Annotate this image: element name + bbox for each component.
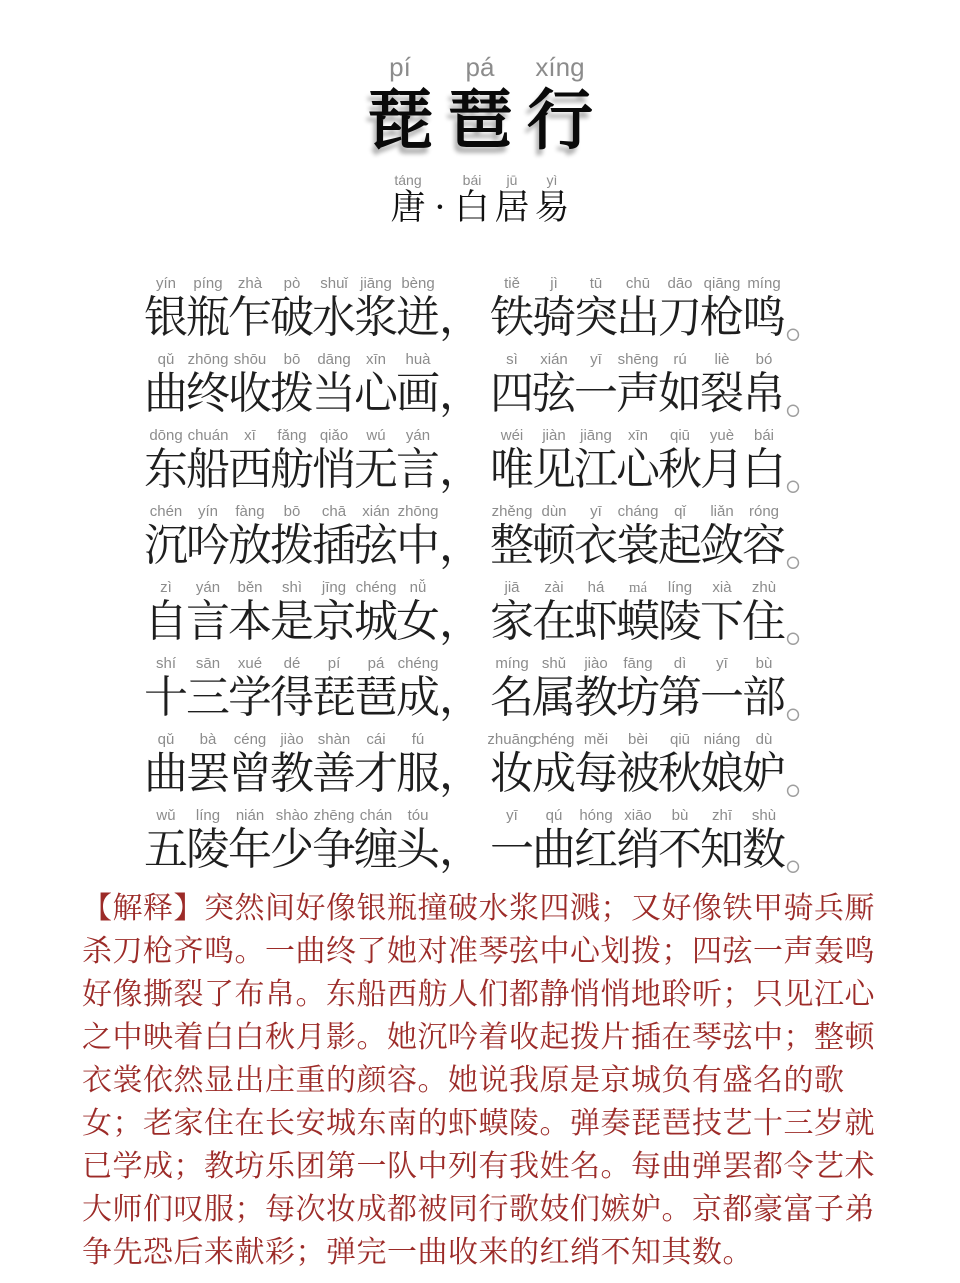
punctuation: 。: [785, 376, 815, 422]
pinyin-label: shōu: [234, 352, 267, 368]
char-with-pinyin: míng名: [491, 656, 533, 721]
hanzi-char: 每: [574, 751, 618, 797]
poem-half-right: zhuāng妆chéng成měi每bèi被qiū秋niáng娘dù妒。: [491, 732, 815, 797]
pinyin-label: jiāng: [360, 276, 392, 292]
pinyin-label: bèng: [401, 276, 434, 292]
char-with-pinyin: cháng裳: [617, 504, 659, 569]
hanzi-char: 第: [658, 675, 702, 721]
char-with-pinyin: chén沉: [145, 504, 187, 569]
char-with-pinyin: wǔ五: [145, 808, 187, 873]
char-with-pinyin: shí十: [145, 656, 187, 721]
char-with-pinyin: píng瓶: [187, 276, 229, 341]
hanzi-char: 居: [494, 188, 529, 228]
char-with-pinyin: tū突: [575, 276, 617, 341]
hanzi-char: 曾: [228, 751, 272, 797]
pinyin-label: jiào: [280, 732, 303, 748]
hanzi-char: 出: [616, 295, 660, 341]
hanzi-char: 秋: [658, 751, 702, 797]
pinyin-label: bái: [463, 172, 482, 188]
pinyin-label: shào: [276, 808, 309, 824]
hanzi-char: 唯: [490, 447, 534, 493]
char-with-pinyin: táng唐: [388, 172, 428, 228]
char-with-pinyin: líng陵: [659, 580, 701, 645]
char-with-pinyin: měi每: [575, 732, 617, 797]
pinyin-label: jì: [550, 276, 558, 292]
pinyin-label: yuè: [710, 428, 734, 444]
char-with-pinyin: tiě铁: [491, 276, 533, 341]
pinyin-label: tiě: [504, 276, 520, 292]
char-with-pinyin: yán言: [187, 580, 229, 645]
char-with-pinyin: yín银: [145, 276, 187, 341]
char-with-pinyin: bù部: [743, 656, 785, 721]
hanzi-char: 容: [742, 523, 786, 569]
pinyin-label: zhōng: [398, 504, 439, 520]
hanzi-char: ·: [434, 188, 445, 228]
pinyin-label: dāng: [317, 352, 350, 368]
pinyin-label: wéi: [501, 428, 524, 444]
hanzi-char: 琶: [354, 675, 398, 721]
char-with-pinyin: bái白: [743, 428, 785, 493]
poem-half-left: zì自yán言běn本shì是jīng京chéng城nǚ女，: [145, 580, 469, 645]
hanzi-char: 舫: [270, 447, 314, 493]
hanzi-char: 白: [742, 447, 786, 493]
char-with-pinyin: qǔ曲: [145, 352, 187, 417]
hanzi-char: 行: [527, 82, 593, 158]
char-with-pinyin: xīn心: [355, 352, 397, 417]
hanzi-char: 声: [616, 371, 660, 417]
hanzi-char: 头: [396, 827, 440, 873]
punctuation: ，: [439, 295, 469, 341]
pinyin-label: yī: [716, 656, 728, 672]
char-with-pinyin: shēng声: [617, 352, 659, 417]
char-with-pinyin: qiāng枪: [701, 276, 743, 341]
poem-line: wǔ五líng陵nián年shào少zhēng争chán缠tóu头，yī一qú曲…: [0, 808, 960, 873]
hanzi-char: 四: [490, 371, 534, 417]
pinyin-label: jīng: [322, 580, 346, 596]
hanzi-char: 部: [742, 675, 786, 721]
pinyin-label: yín: [198, 504, 218, 520]
char-with-pinyin: yán言: [397, 428, 439, 493]
poem-half-left: qǔ曲zhōng终shōu收bō拨dāng当xīn心huà画，: [145, 352, 469, 417]
hanzi-char: 枪: [700, 295, 744, 341]
char-with-pinyin: jiā家: [491, 580, 533, 645]
pinyin-label: qiāng: [704, 276, 741, 292]
char-with-pinyin: pá琶: [440, 52, 520, 158]
punctuation: ，: [439, 675, 469, 721]
hanzi-char: 秋: [658, 447, 702, 493]
char-with-pinyin: huà画: [397, 352, 439, 417]
hanzi-char: 三: [186, 675, 230, 721]
pinyin-label: zhōng: [188, 352, 229, 368]
hanzi-char: 曲: [144, 751, 188, 797]
pinyin-label: pò: [284, 276, 301, 292]
pinyin-label: chéng: [534, 732, 575, 748]
char-with-pinyin: má蟆: [617, 580, 659, 645]
pinyin-label: sì: [506, 352, 518, 368]
explanation-line: 【解释】突然间好像银瓶撞破水浆四溅；又好像铁甲骑兵厮: [82, 887, 960, 930]
pinyin-label: dāo: [667, 276, 692, 292]
pinyin-label: zhuāng: [487, 732, 536, 748]
pinyin-label: cháng: [618, 504, 659, 520]
pinyin-label: jiào: [584, 656, 607, 672]
pinyin-label: yī: [590, 504, 602, 520]
char-with-pinyin: xī西: [229, 428, 271, 493]
char-with-pinyin: chū出: [617, 276, 659, 341]
char-with-pinyin: dāo刀: [659, 276, 701, 341]
hanzi-char: 收: [228, 371, 272, 417]
pinyin-label: shù: [752, 808, 776, 824]
hanzi-char: 乍: [228, 295, 272, 341]
char-with-pinyin: zài在: [533, 580, 575, 645]
hanzi-char: 白: [454, 188, 489, 228]
pinyin-label: xià: [712, 580, 731, 596]
hanzi-char: 顿: [532, 523, 576, 569]
poem-line: qǔ曲bà罢céng曾jiào教shàn善cái才fú服，zhuāng妆chén…: [0, 732, 960, 797]
char-with-pinyin: chéng城: [355, 580, 397, 645]
pinyin-label: yì: [547, 172, 558, 188]
pinyin-label: pí: [328, 656, 341, 672]
char-with-pinyin: fú服: [397, 732, 439, 797]
pinyin-label: yī: [506, 808, 518, 824]
char-with-pinyin: wú无: [355, 428, 397, 493]
pinyin-label: jiàn: [542, 428, 565, 444]
char-with-pinyin: dì第: [659, 656, 701, 721]
pinyin-label: shí: [156, 656, 176, 672]
title-ruby: pí琵pá琶xíng行: [0, 52, 960, 158]
hanzi-char: 陵: [658, 599, 702, 645]
hanzi-char: 月: [700, 447, 744, 493]
hanzi-char: 西: [228, 447, 272, 493]
char-with-pinyin: qiǎo悄: [313, 428, 355, 493]
pinyin-label: yī: [590, 352, 602, 368]
char-with-pinyin: xīn心: [617, 428, 659, 493]
char-with-pinyin: bà罢: [187, 732, 229, 797]
char-with-pinyin: xíng行: [520, 52, 600, 158]
char-with-pinyin: yī一: [491, 808, 533, 873]
pinyin-label: tū: [590, 276, 603, 292]
explanation-line: 杀刀枪齐鸣。一曲终了她对准琴弦中心划拨；四弦一声轰鸣: [82, 930, 960, 973]
hanzi-char: 帛: [742, 371, 786, 417]
char-with-pinyin: nǚ女: [397, 580, 439, 645]
hanzi-char: 浆: [354, 295, 398, 341]
pinyin-label: chéng: [356, 580, 397, 596]
hanzi-char: 成: [532, 751, 576, 797]
char-with-pinyin: sān三: [187, 656, 229, 721]
hanzi-char: 如: [658, 371, 702, 417]
char-with-pinyin: fàng放: [229, 504, 271, 569]
char-with-pinyin: bái白: [452, 172, 492, 228]
pinyin-label: céng: [234, 732, 267, 748]
hanzi-char: 放: [228, 523, 272, 569]
pinyin-label: dì: [674, 656, 687, 672]
pinyin-label: míng: [495, 656, 528, 672]
punctuation: ，: [439, 523, 469, 569]
pinyin-label: xīn: [366, 352, 386, 368]
hanzi-char: 水: [312, 295, 356, 341]
char-with-pinyin: chán缠: [355, 808, 397, 873]
pinyin-label: hóng: [579, 808, 612, 824]
char-with-pinyin: dé得: [271, 656, 313, 721]
punctuation: 。: [785, 300, 815, 346]
hanzi-char: 琶: [447, 82, 513, 158]
hanzi-char: 教: [270, 751, 314, 797]
pinyin-label: qǔ: [158, 732, 175, 748]
hanzi-char: 易: [534, 188, 569, 228]
char-with-pinyin: líng陵: [187, 808, 229, 873]
poem-half-left: shí十sān三xué学dé得pí琵pá琶chéng成，: [145, 656, 469, 721]
char-with-pinyin: chuán船: [187, 428, 229, 493]
hanzi-char: 罢: [186, 751, 230, 797]
pinyin-label: běn: [237, 580, 262, 596]
char-with-pinyin: cái才: [355, 732, 397, 797]
poem-line: chén沉yín吟fàng放bō拨chā插xián弦zhōng中，zhěng整d…: [0, 504, 960, 569]
hanzi-char: 骑: [532, 295, 576, 341]
char-with-pinyin: jīng京: [313, 580, 355, 645]
punctuation: ，: [439, 599, 469, 645]
hanzi-char: 言: [186, 599, 230, 645]
hanzi-char: 一: [490, 827, 534, 873]
hanzi-char: 善: [312, 751, 356, 797]
char-with-pinyin: míng鸣: [743, 276, 785, 341]
pinyin-label: jiāng: [580, 428, 612, 444]
hanzi-char: 铁: [490, 295, 534, 341]
char-with-pinyin: pí琵: [313, 656, 355, 721]
hanzi-char: 银: [144, 295, 188, 341]
char-with-pinyin: pá琶: [355, 656, 397, 721]
hanzi-char: 裳: [616, 523, 660, 569]
pinyin-label: píng: [193, 276, 222, 292]
char-with-pinyin: jiào教: [271, 732, 313, 797]
hanzi-char: 京: [312, 599, 356, 645]
char-with-pinyin: chéng成: [397, 656, 439, 721]
poem-half-right: wéi唯jiàn见jiāng江xīn心qiū秋yuè月bái白。: [491, 428, 815, 493]
pinyin-label: fǎng: [277, 428, 306, 444]
hanzi-char: 敛: [700, 523, 744, 569]
pinyin-label: fāng: [623, 656, 652, 672]
hanzi-char: 起: [658, 523, 702, 569]
pinyin-label: zì: [160, 580, 172, 596]
pinyin-label: shǔ: [542, 656, 566, 672]
pinyin-label: dùn: [541, 504, 566, 520]
char-with-pinyin: yī一: [701, 656, 743, 721]
page-header: pí琵pá琶xíng行 táng唐·bái白jū居yì易: [0, 0, 960, 228]
hanzi-char: 蟆: [616, 599, 660, 645]
char-with-pinyin: xián弦: [533, 352, 575, 417]
pinyin-label: nián: [236, 808, 264, 824]
hanzi-char: 鸣: [742, 295, 786, 341]
hanzi-char: 在: [532, 599, 576, 645]
hanzi-char: 住: [742, 599, 786, 645]
char-with-pinyin: jiāng江: [575, 428, 617, 493]
char-with-pinyin: shǔ属: [533, 656, 575, 721]
poem-half-right: míng名shǔ属jiào教fāng坊dì第yī一bù部。: [491, 656, 815, 721]
hanzi-char: 琵: [367, 82, 433, 158]
char-with-pinyin: shào少: [271, 808, 313, 873]
poem-half-right: sì四xián弦yī一shēng声rú如liè裂bó帛。: [491, 352, 815, 417]
char-with-pinyin: shù数: [743, 808, 785, 873]
char-with-pinyin: dōng东: [145, 428, 187, 493]
pinyin-label: shēng: [618, 352, 659, 368]
pinyin-label: qǐ: [674, 504, 686, 520]
char-with-pinyin: sì四: [491, 352, 533, 417]
pinyin-label: qiǎo: [320, 428, 348, 444]
char-with-pinyin: bèng迸: [397, 276, 439, 341]
poem-half-right: zhěng整dùn顿yī衣cháng裳qǐ起liǎn敛róng容。: [491, 504, 815, 569]
pinyin-label: qiū: [670, 428, 690, 444]
pinyin-label: cái: [366, 732, 385, 748]
pinyin-label: bō: [284, 352, 301, 368]
char-with-pinyin: qú曲: [533, 808, 575, 873]
pinyin-label: zhù: [752, 580, 776, 596]
explanation-line: 争先恐后来献彩；弹完一曲收来的红绡不知其数。: [82, 1231, 960, 1274]
char-with-pinyin: qǔ曲: [145, 732, 187, 797]
char-with-pinyin: bó帛: [743, 352, 785, 417]
char-with-pinyin: yī衣: [575, 504, 617, 569]
char-with-pinyin: qiū秋: [659, 732, 701, 797]
pinyin-label: bái: [754, 428, 774, 444]
pinyin-label: chéng: [398, 656, 439, 672]
hanzi-char: 学: [228, 675, 272, 721]
punctuation: 。: [785, 680, 815, 726]
char-with-pinyin: zhī知: [701, 808, 743, 873]
pinyin-label: niáng: [704, 732, 741, 748]
punctuation: 。: [785, 452, 815, 498]
hanzi-char: 娘: [700, 751, 744, 797]
hanzi-char: 当: [312, 371, 356, 417]
hanzi-char: 拨: [270, 523, 314, 569]
pinyin-label: zhěng: [492, 504, 533, 520]
char-with-pinyin: zhuāng妆: [491, 732, 533, 797]
char-with-pinyin: yuè月: [701, 428, 743, 493]
pinyin-label: měi: [584, 732, 608, 748]
char-with-pinyin: jiào教: [575, 656, 617, 721]
pinyin-label: shì: [282, 580, 302, 596]
char-with-pinyin: pò破: [271, 276, 313, 341]
hanzi-char: 船: [186, 447, 230, 493]
char-with-pinyin: fāng坊: [617, 656, 659, 721]
pinyin-label: líng: [668, 580, 692, 596]
pinyin-label: yán: [196, 580, 220, 596]
punctuation: ，: [439, 751, 469, 797]
pinyin-label: zhà: [238, 276, 262, 292]
hanzi-char: 不: [658, 827, 702, 873]
hanzi-char: 东: [144, 447, 188, 493]
char-with-pinyin: nián年: [229, 808, 271, 873]
pinyin-label: yín: [156, 276, 176, 292]
pinyin-label: qiū: [670, 732, 690, 748]
char-with-pinyin: zhù住: [743, 580, 785, 645]
pinyin-label: chuán: [188, 428, 229, 444]
pinyin-label: chén: [150, 504, 183, 520]
poem-half-right: tiě铁jì骑tū突chū出dāo刀qiāng枪míng鸣。: [491, 276, 815, 341]
explanation-line: 好像撕裂了布帛。东船西舫人们都静悄悄地聆听；只见江心: [82, 973, 960, 1016]
hanzi-char: 吟: [186, 523, 230, 569]
pinyin-label: bó: [756, 352, 773, 368]
char-with-pinyin: zì自: [145, 580, 187, 645]
char-with-pinyin: dāng当: [313, 352, 355, 417]
explanation: 【解释】突然间好像银瓶撞破水浆四溅；又好像铁甲骑兵厮杀刀枪齐鸣。一曲终了她对准琴…: [82, 887, 960, 1274]
hanzi-char: 五: [144, 827, 188, 873]
pinyin-label: yán: [406, 428, 430, 444]
hanzi-char: 心: [616, 447, 660, 493]
pinyin-label: jiā: [504, 580, 519, 596]
pinyin-label: xíng: [535, 52, 584, 82]
char-with-pinyin: běn本: [229, 580, 271, 645]
explanation-text: 【解释】突然间好像银瓶撞破水浆四溅；又好像铁甲骑兵厮杀刀枪齐鸣。一曲终了她对准琴…: [82, 887, 960, 1274]
author-block: táng唐·bái白jū居yì易: [0, 172, 960, 228]
pinyin-label: huà: [405, 352, 430, 368]
hanzi-char: 曲: [144, 371, 188, 417]
char-with-pinyin: fǎng舫: [271, 428, 313, 493]
hanzi-char: 弦: [532, 371, 576, 417]
pinyin-label: xián: [540, 352, 568, 368]
char-with-pinyin: shuǐ水: [313, 276, 355, 341]
poem-half-left: chén沉yín吟fàng放bō拨chā插xián弦zhōng中，: [145, 504, 469, 569]
poem-body: yín银píng瓶zhà乍pò破shuǐ水jiāng浆bèng迸，tiě铁jì骑…: [0, 276, 960, 873]
pinyin-label: nǚ: [410, 580, 427, 596]
hanzi-char: 下: [700, 599, 744, 645]
pinyin-label: sān: [196, 656, 220, 672]
hanzi-char: 得: [270, 675, 314, 721]
hanzi-char: 见: [532, 447, 576, 493]
pinyin-label: dù: [756, 732, 773, 748]
punctuation: 。: [785, 756, 815, 802]
pinyin-label: pí: [389, 52, 411, 82]
char-with-pinyin: yì易: [532, 172, 572, 228]
char-with-pinyin: zhōng中: [397, 504, 439, 569]
poem-line: qǔ曲zhōng终shōu收bō拨dāng当xīn心huà画，sì四xián弦y…: [0, 352, 960, 417]
punctuation: ，: [439, 827, 469, 873]
poem-half-left: yín银píng瓶zhà乍pò破shuǐ水jiāng浆bèng迸，: [145, 276, 469, 341]
pinyin-label: xī: [244, 428, 256, 444]
pinyin-label: há: [588, 580, 605, 596]
poem-half-left: wǔ五líng陵nián年shào少zhēng争chán缠tóu头，: [145, 808, 469, 873]
hanzi-char: 服: [396, 751, 440, 797]
hanzi-char: 瓶: [186, 295, 230, 341]
hanzi-char: 红: [574, 827, 618, 873]
char-with-pinyin: ·: [428, 172, 452, 228]
pinyin-label: bō: [284, 504, 301, 520]
pinyin-label: qú: [546, 808, 563, 824]
hanzi-char: 迸: [396, 295, 440, 341]
punctuation: 。: [785, 528, 815, 574]
char-with-pinyin: dùn顿: [533, 504, 575, 569]
hanzi-char: 一: [574, 371, 618, 417]
char-with-pinyin: hóng红: [575, 808, 617, 873]
hanzi-char: 弦: [354, 523, 398, 569]
char-with-pinyin: há虾: [575, 580, 617, 645]
hanzi-char: 自: [144, 599, 188, 645]
hanzi-char: 妆: [490, 751, 534, 797]
poem-half-left: qǔ曲bà罢céng曾jiào教shàn善cái才fú服，: [145, 732, 469, 797]
pinyin-label: zhī: [712, 808, 732, 824]
char-with-pinyin: róng容: [743, 504, 785, 569]
poem-half-right: jiā家zài在há虾má蟆líng陵xià下zhù住。: [491, 580, 815, 645]
pinyin-label: xiāo: [624, 808, 652, 824]
pinyin-label: chū: [626, 276, 650, 292]
hanzi-char: 突: [574, 295, 618, 341]
pinyin-label: jū: [507, 172, 518, 188]
pinyin-label: shuǐ: [320, 276, 348, 292]
pinyin-label: rú: [673, 352, 686, 368]
explanation-line: 已学成；教坊乐团第一队中列有我姓名。每曲弹罢都令艺术: [82, 1145, 960, 1188]
pinyin-label: chā: [322, 504, 346, 520]
hanzi-char: 悄: [312, 447, 356, 493]
pinyin-label: líng: [196, 808, 220, 824]
hanzi-char: 虾: [574, 599, 618, 645]
hanzi-char: 画: [396, 371, 440, 417]
hanzi-char: 年: [228, 827, 272, 873]
